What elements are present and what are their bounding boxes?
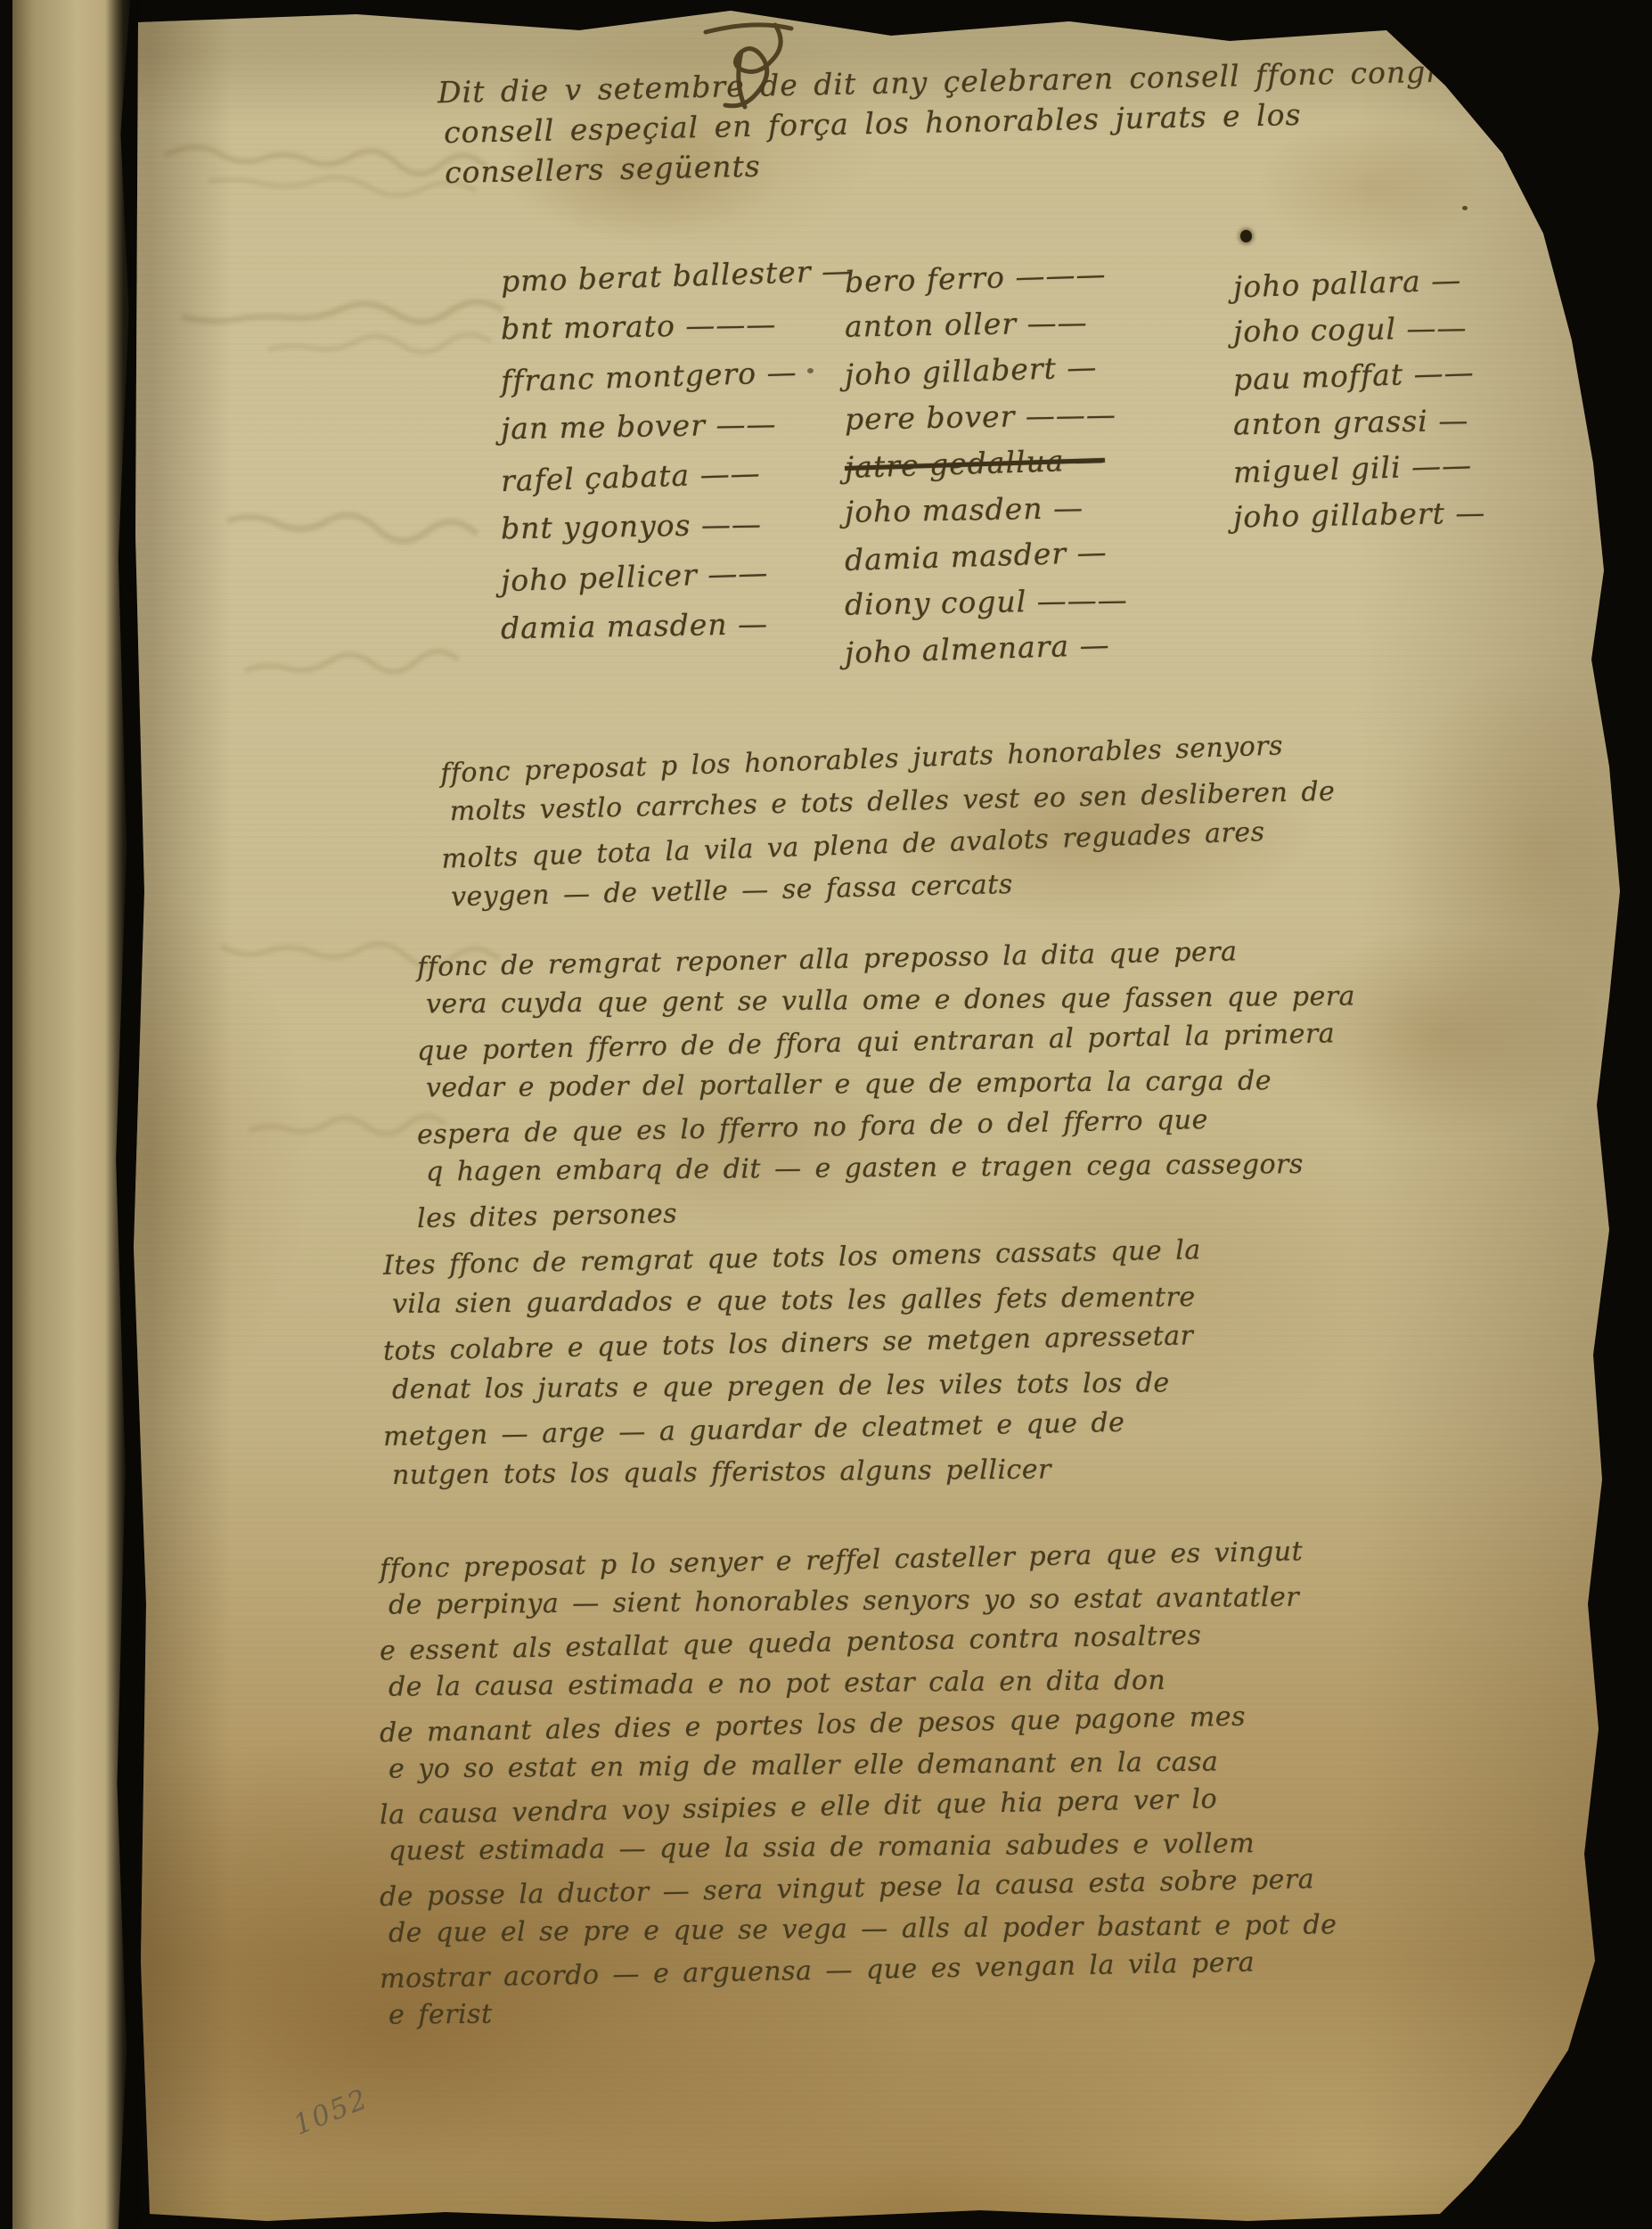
- attendee-column-2: bero ferro ———anton oller ——joho gillabe…: [845, 255, 1128, 672]
- attendee-name: damia masder —: [844, 529, 1128, 584]
- attendee-name: joho gillabert —: [844, 343, 1128, 398]
- pencil-foliation-number: 1052: [289, 2083, 372, 2142]
- attendee-name: joho pallara —: [1232, 257, 1486, 311]
- attendee-column-1: pmo berat ballester —bnt morato ———ffran…: [501, 251, 852, 651]
- attendee-name: bnt ygonyos ——: [501, 498, 853, 554]
- attendee-name: joho pellicer ——: [500, 545, 853, 606]
- ink-speck: [1462, 206, 1468, 210]
- attendee-name: ffranc montgero —: [500, 346, 853, 406]
- attendee-name: anton oller ——: [845, 299, 1129, 350]
- attendee-name: jatre gedallua —: [844, 436, 1128, 491]
- attendee-column-3: joho pallara —joho cogul ——pau moffat ——…: [1233, 260, 1485, 538]
- attendee-name: miguel gili ——: [1232, 442, 1486, 496]
- paragraph-resolution-2: Ites ffonc de remgrat que tots los omens…: [392, 1237, 1201, 1494]
- attendee-name: rafel çabata ——: [500, 446, 853, 506]
- attendee-name: joho cogul ——: [1233, 305, 1486, 356]
- attendee-name: bero ferro ———: [844, 250, 1128, 306]
- attendee-name: bnt morato ———: [501, 299, 853, 355]
- ink-blot: [1240, 230, 1252, 242]
- attendee-name: joho masden —: [845, 484, 1129, 536]
- attendee-name: damia masden —: [501, 598, 853, 654]
- paragraph-resolution-1: ffonc de remgrat reponer alla preposso l…: [426, 938, 1355, 1231]
- attendee-name: anton grassi —: [1233, 397, 1486, 448]
- bleedthrough-strokes: [177, 635, 465, 703]
- attendee-name: diony cogul ———: [845, 577, 1129, 628]
- bleedthrough-strokes: [133, 288, 510, 373]
- manuscript-page: 1103 Dit die v setembre de dit any çeleb…: [0, 0, 1652, 2229]
- paragraph-proposal-2: ffonc preposat p lo senyer e reffel cast…: [388, 1540, 1337, 2032]
- bleedthrough-strokes: [151, 127, 491, 201]
- attendee-name: pere bover ———: [845, 391, 1129, 443]
- attendee-name: jan me bover ——: [501, 398, 853, 455]
- folio-number: 1103: [1427, 24, 1525, 65]
- bleedthrough-strokes: [159, 491, 482, 570]
- attendee-name: joho almenara —: [844, 621, 1128, 676]
- attendee-name: pau moffat ——: [1232, 349, 1486, 404]
- attendee-name: joho gillabert —: [1233, 490, 1486, 541]
- paragraph-proposal-1: ffonc preposat p los honorables jurats h…: [449, 732, 1337, 915]
- session-heading: Dit die v setembre de dit any çelebraren…: [443, 49, 1558, 193]
- paragraph-line: e ferist: [388, 1987, 1337, 2036]
- manuscript-scan: 1103 Dit die v setembre de dit any çeleb…: [0, 0, 1652, 2229]
- bleedthrough-strokes: [182, 1101, 451, 1163]
- paragraph-line: nutgen tots los quals fferistos alguns p…: [392, 1447, 1201, 1497]
- attendee-name: pmo berat ballester —: [500, 246, 853, 307]
